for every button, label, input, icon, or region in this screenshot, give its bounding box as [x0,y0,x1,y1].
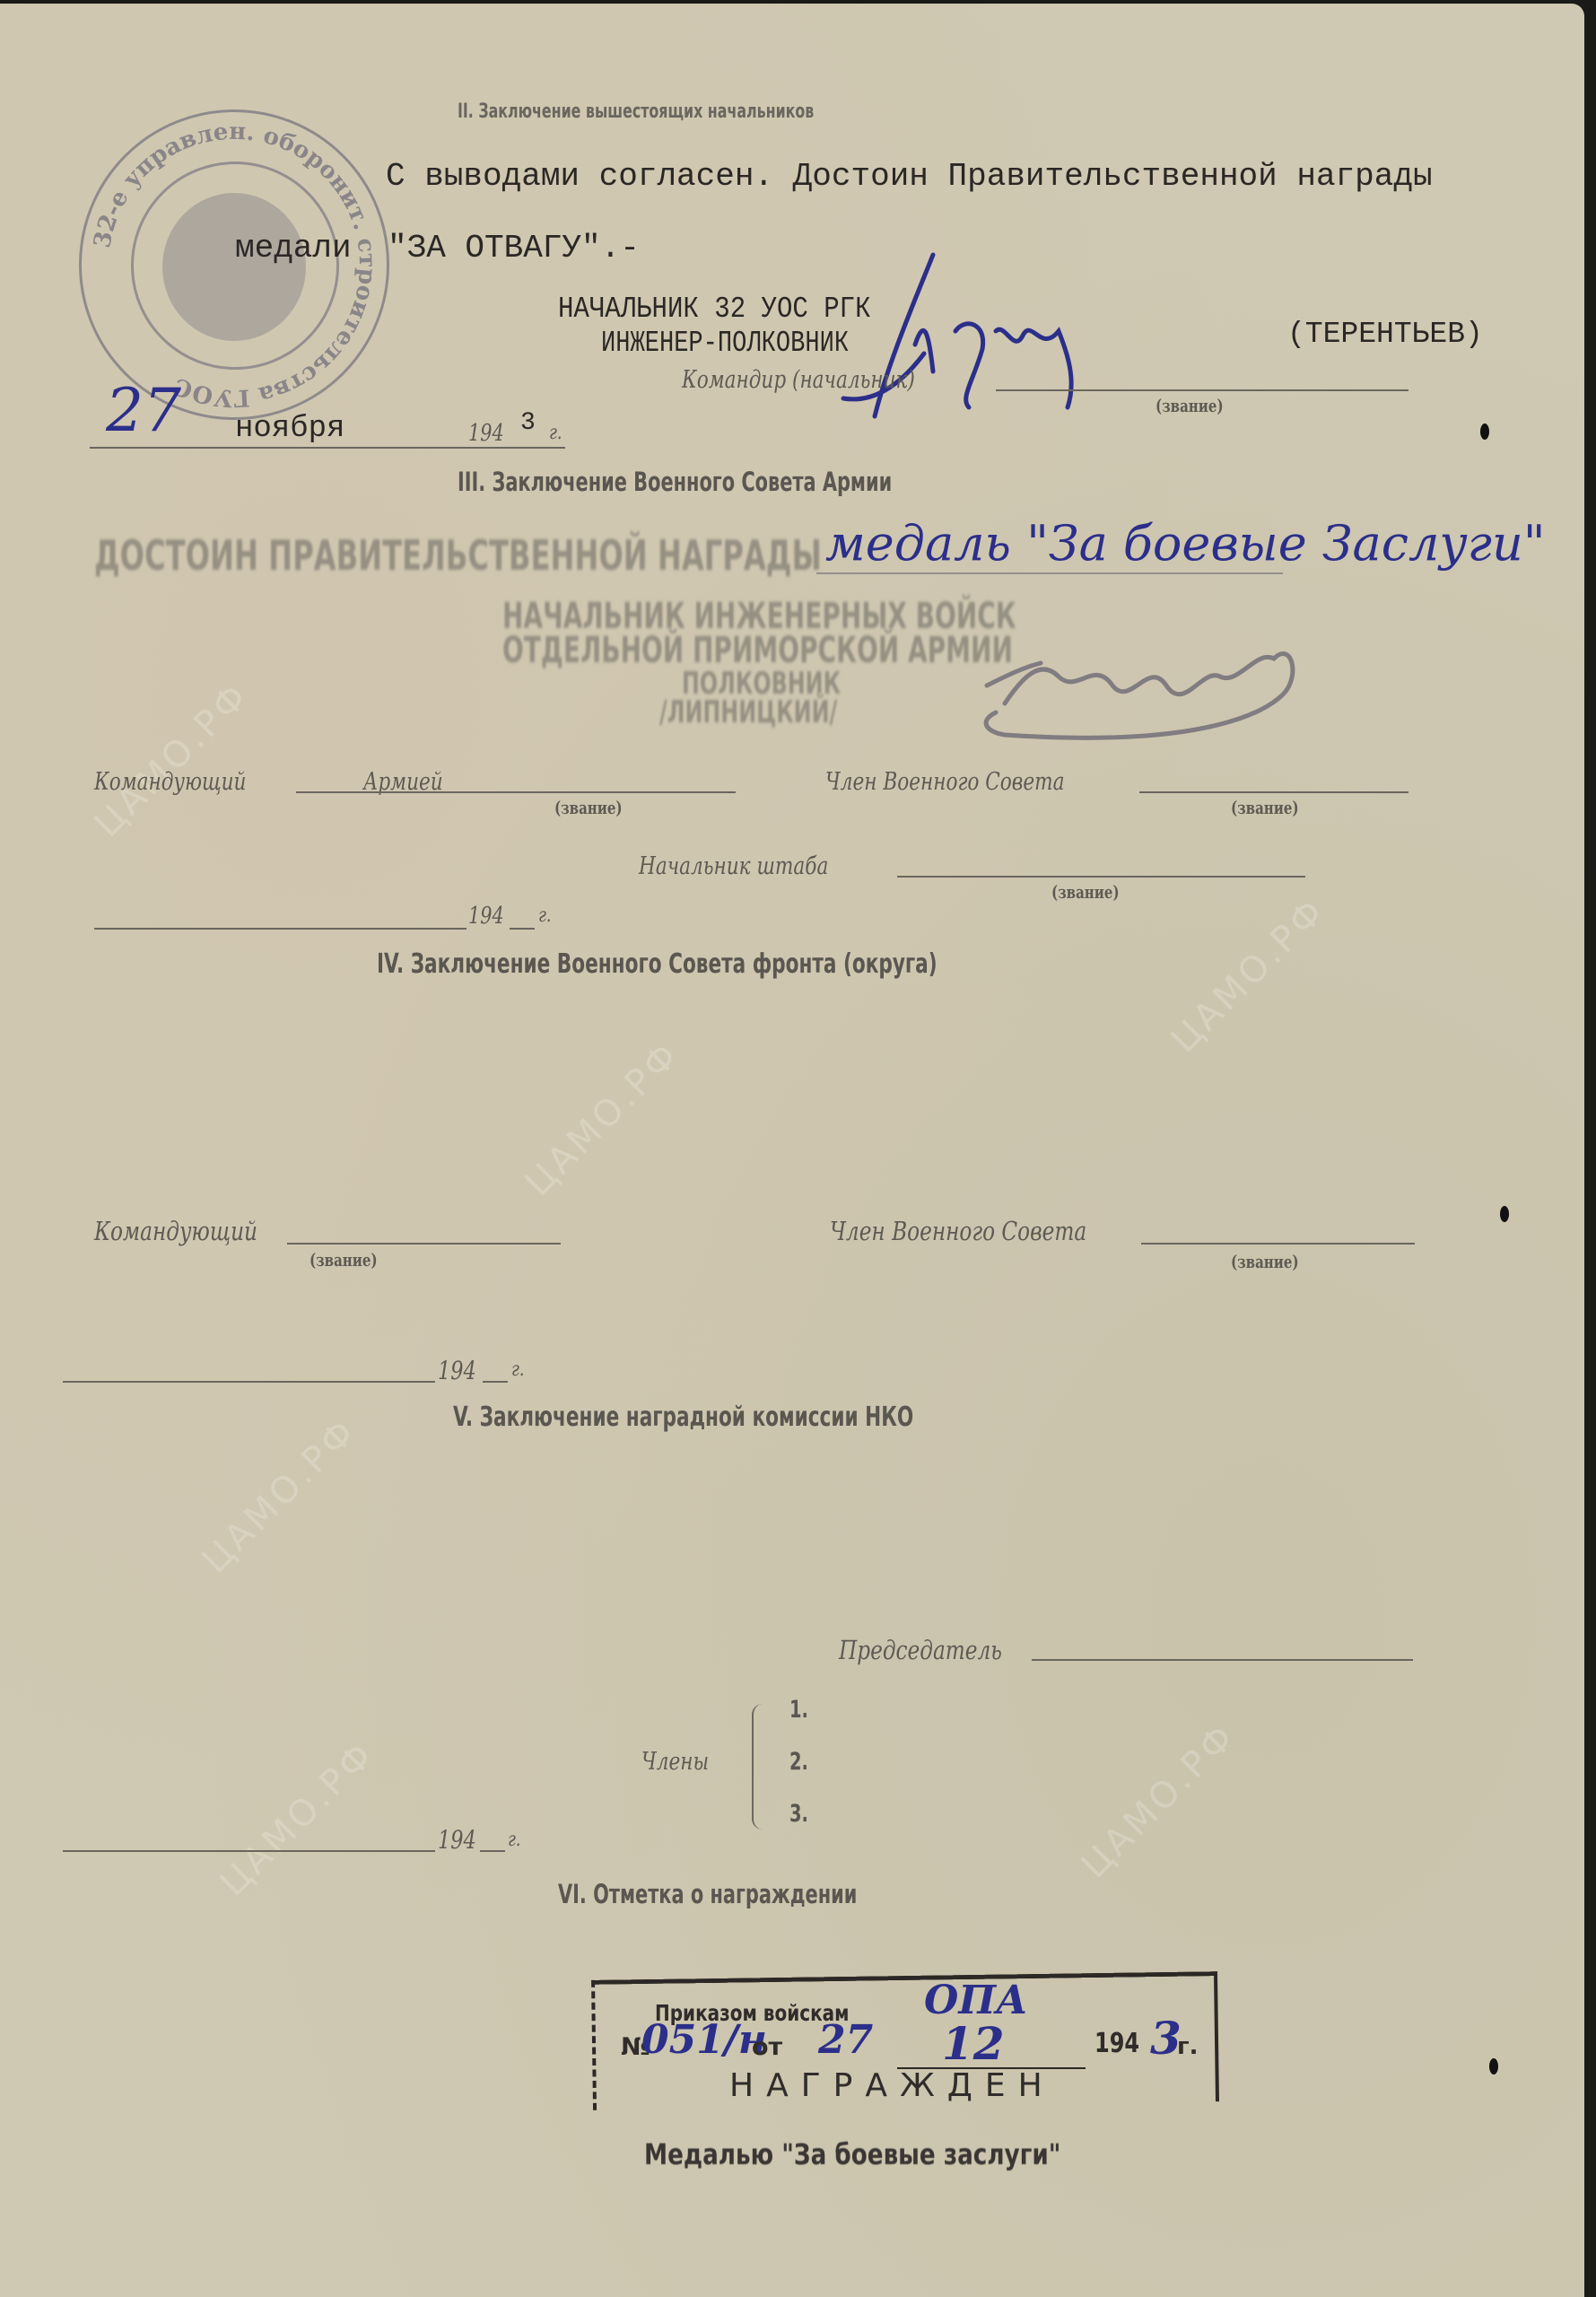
date-abbr: г. [538,904,552,927]
section-4-heading: IV. Заключение Военного Совета фронта (о… [377,948,938,980]
members-brace [752,1704,766,1830]
rank-caption: (звание) [310,1249,378,1271]
watermark: ЦАМО.РФ [86,675,257,846]
chairman-line [1032,1659,1413,1661]
order-day: 27 [818,2017,873,2063]
award-underline [816,572,1283,574]
member-3-number: 3. [789,1800,808,1828]
rank-caption: (звание) [1231,797,1299,818]
signer-name: (ТЕРЕНТЬЕВ) [1287,318,1483,351]
council-member-label: Член Военного Совета [825,768,1064,796]
awarded-label: НАГРАЖДЕН [729,2067,1055,2104]
date-year: 194 [438,1825,476,1855]
commander-label: Командир (начальник) [682,366,915,394]
order-month: 12 [942,2017,1005,2070]
section-2-heading: II. Заключение вышестоящих начальников [458,100,814,123]
watermark: ЦАМО.РФ [212,1734,383,1905]
date-line [94,928,467,930]
award-sheet-page: ЦАМО.РФ ЦАМО.РФ ЦАМО.РФ ЦАМО.РФ ЦАМО.РФ … [0,4,1584,2297]
chairman-label: Председатель [839,1635,1002,1665]
date-year-line [483,1381,508,1383]
section-5-heading: V. Заключение наградной комиссии НКО [453,1402,913,1433]
section-6-heading: VI. Отметка о награждении [558,1879,857,1909]
faded-stamp-worthy: ДОСТОИН ПРАВИТЕЛЬСТВЕННОЙ НАГРАДЫ [94,531,822,580]
member-2-number: 2. [789,1748,808,1776]
date-year-suffix: 3 [520,409,536,437]
front-commander-line [287,1243,561,1245]
date-year-line [480,1850,505,1852]
recommended-award: "ЗА ОТВАГУ".- [388,230,640,266]
rank-caption: (звание) [554,797,623,818]
rank-caption: (звание) [1231,1251,1299,1272]
award-prefix: медали [235,230,352,266]
watermark: ЦАМО.РФ [1073,1716,1244,1887]
date-abbr: г. [508,1829,521,1851]
section-3-heading: III. Заключение Военного Совета Армии [458,467,892,497]
date-line [90,447,565,449]
handwritten-award: медаль "За боевые Заслуги" [825,515,1546,572]
date-year-prefix: 194 [468,420,504,447]
front-council-member-line [1141,1243,1415,1245]
faded-stamp-line-4: /ЛИПНИЦКИЙ/ [659,694,837,730]
members-label: Члены [641,1748,709,1776]
army-commander-line [296,791,736,793]
order-year-abbr: г. [1177,2033,1198,2060]
punch-hole [1480,424,1489,440]
date-month: ноября [235,412,344,446]
rank-caption: (звание) [1156,395,1224,416]
front-council-member-label: Член Военного Совета [830,1216,1086,1246]
conclusion-line-1: С выводами согласен. Достоин Правительст… [386,158,1433,195]
date-year-line [510,928,535,930]
rank-caption: (звание) [1051,881,1120,903]
council-member-line [1139,791,1408,793]
army-commander-label: Командующий [94,768,246,796]
date-line [63,1850,435,1852]
punch-hole [1500,1206,1509,1222]
order-number: 051/н [641,2017,767,2063]
order-from-label: от [752,2033,782,2061]
award-text: Медалью "За боевые заслуги" [644,2137,1060,2171]
chief-of-staff-label: Начальник штаба [639,852,828,880]
punch-hole [1489,2058,1498,2074]
chief-of-staff-line [897,876,1305,878]
order-year-prefix: 194 [1095,2028,1139,2059]
watermark: ЦАМО.РФ [1163,890,1334,1061]
signature-line [996,389,1408,391]
date-year: 194 [468,903,504,930]
front-commander-label: Командующий [94,1216,257,1246]
date-abbr: г. [511,1358,525,1381]
watermark: ЦАМО.РФ [194,1411,365,1582]
member-1-number: 1. [789,1696,808,1724]
watermark: ЦАМО.РФ [517,1034,688,1205]
date-year: 194 [438,1356,476,1385]
date-year-abbr: г. [549,422,563,444]
date-line [63,1381,435,1383]
signature-2 [969,623,1382,766]
date-day: 27 [106,376,181,445]
